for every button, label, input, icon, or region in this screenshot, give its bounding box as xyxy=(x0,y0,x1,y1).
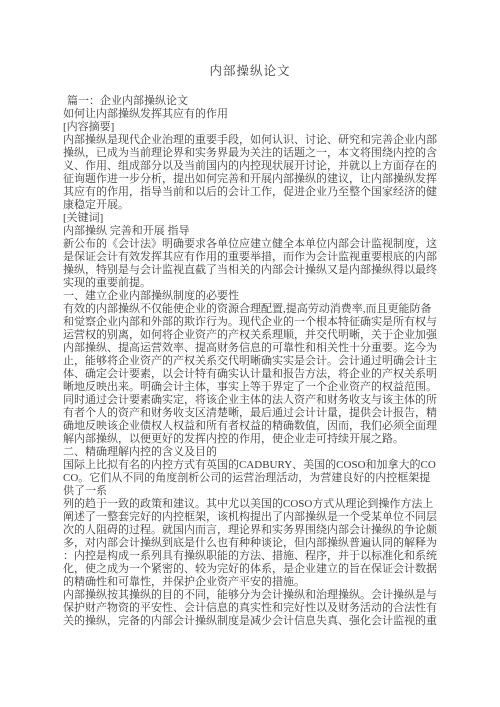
text-line: 实现的重要前提。 xyxy=(63,277,439,290)
text-line: 确地反映该企业债权人权益和所有者权益的精确数值，因而，我们必须全面理 xyxy=(63,420,439,433)
text-line: 康稳定开展。 xyxy=(63,199,439,212)
document-body: 篇一：企业内部操纵论文如何让内部操纵发挥其应有的作用[内容摘要]内部操纵是现代企… xyxy=(63,95,439,628)
text-line: 化，使之成为一个紧密的、较为完好的体系，是企业建立的旨在保证会计数据 xyxy=(63,563,439,576)
text-line: 保护财产物资的平安性、会计信息的真实性和完好性以及财务活动的合法性有 xyxy=(63,602,439,615)
text-line: 有效的内部操纵不仅能使企业的资源合理配置,提高劳动消费率,而且更能防备 xyxy=(63,303,439,316)
text-line: 内部操纵是现代企业治理的重要手段，如何认识、讨论、研究和完善企业内部 xyxy=(63,134,439,147)
text-line: [关键词] xyxy=(63,212,439,225)
text-line: 操纵，已成为当前理论界和实务界最为关注的话题之一，本文将围绕内控的含 xyxy=(63,147,439,160)
text-line: 的精确性和可靠性，并保护企业资产平安的措施。 xyxy=(63,576,439,589)
text-line: 义、作用、组成部分以及当前国内的内控现状展开讨论，并就以上方面存在的 xyxy=(63,160,439,173)
document-page: 内部操纵论文 篇一：企业内部操纵论文如何让内部操纵发挥其应有的作用[内容摘要]内… xyxy=(0,0,500,707)
text-line: [内容摘要] xyxy=(63,121,439,134)
text-line: 阐述了一整套完好的内控框架，该机构提出了内部操纵是一个受某单位不同层 xyxy=(63,511,439,524)
text-line: 国际上比拟有名的内控方式有英国的CADBURY、美国的COSO和加拿大的CO xyxy=(63,459,439,472)
text-line: 操纵，特别是与会计监视直截了当相关的内部会计操纵又是内部操纵得以最终 xyxy=(63,264,439,277)
text-line: 多，对内部会计操纵到底是什么也有种种谈论，但内部操纵普遍认同的解释为 xyxy=(63,537,439,550)
text-line: 内部操纵 完善和开展 指导 xyxy=(63,225,439,238)
text-line: 运营权的别离，如何将企业资产的产权关系理顺，并交代明晰，关于企业加强 xyxy=(63,329,439,342)
text-line: 内部操纵、提高运营效率、提高财务信息的可靠性和相关性十分重要。迄今为 xyxy=(63,342,439,355)
text-line: 是保证会计有效发挥其应有作用的重要举措，而作为会计监视重要根底的内部 xyxy=(63,251,439,264)
document-title: 内部操纵论文 xyxy=(0,63,500,79)
text-line: 如何让内部操纵发挥其应有的作用 xyxy=(63,108,439,121)
text-line: 有者个人的资产和财务收支区清楚晰，最后通过会计计量，提供会计报告，精 xyxy=(63,407,439,420)
text-line: 止，能够将企业资产的产权关系交代明晰确实实是会计。会计通过明确会计主 xyxy=(63,355,439,368)
text-line: ：内控是构成一系列具有操纵职能的方法、措施、程序，并于以标准化和系统 xyxy=(63,550,439,563)
text-line: 新公布的《会计法》明确要求各单位应建立健全本单位内部会计监视制度，这 xyxy=(63,238,439,251)
text-line: 一、建立企业内部操纵制度的必要性 xyxy=(63,290,439,303)
text-line: 同时通过会计要素确实定，将该企业主体的法人资产和财务收支与该主体的所 xyxy=(63,394,439,407)
text-line: 关的操纵，完备的内部会计操纵制度是减少会计信息失真、强化会计监视的重 xyxy=(63,615,439,628)
text-line: 征询题作进一步分析，提出如何完善和开展内部操纵的建议，让内部操纵发挥 xyxy=(63,173,439,186)
text-line: 解内部操纵，以便更好的发挥内控的作用，使企业走可持续开展之路。 xyxy=(63,433,439,446)
text-line: 列的趋于一致的政策和建议。其中尤以美国的COSO方式从理论到操作方法上 xyxy=(63,498,439,511)
text-line: 晰地反映出来。明确会计主体，事实上等于界定了一个企业资产的权益范围。 xyxy=(63,381,439,394)
text-line: 供了一系 xyxy=(63,485,439,498)
text-line: 其应有的作用，指导当前和以后的会计工作，促进企业乃至整个国家经济的健 xyxy=(63,186,439,199)
text-line: 篇一：企业内部操纵论文 xyxy=(63,95,439,108)
text-line: 和觉察企业内部和外部的欺诈行为。现代企业的一个根本特征确实是所有权与 xyxy=(63,316,439,329)
text-line: CO。它们从不同的角度剖析公司的运营治理活动，为营建良好的内控框架提 xyxy=(63,472,439,485)
text-line: 次的人阻碍的过程。就国内而言，理论界和实务界围绕内部会计操纵的争论颇 xyxy=(63,524,439,537)
text-line: 内部操纵按其操纵的目的不同，能够分为会计操纵和治理操纵。会计操纵是与 xyxy=(63,589,439,602)
text-line: 体、确定会计要素，以会计特有确实认计量和报告方法，将企业的产权关系明 xyxy=(63,368,439,381)
text-line: 二、精确理解内控的含义及目的 xyxy=(63,446,439,459)
